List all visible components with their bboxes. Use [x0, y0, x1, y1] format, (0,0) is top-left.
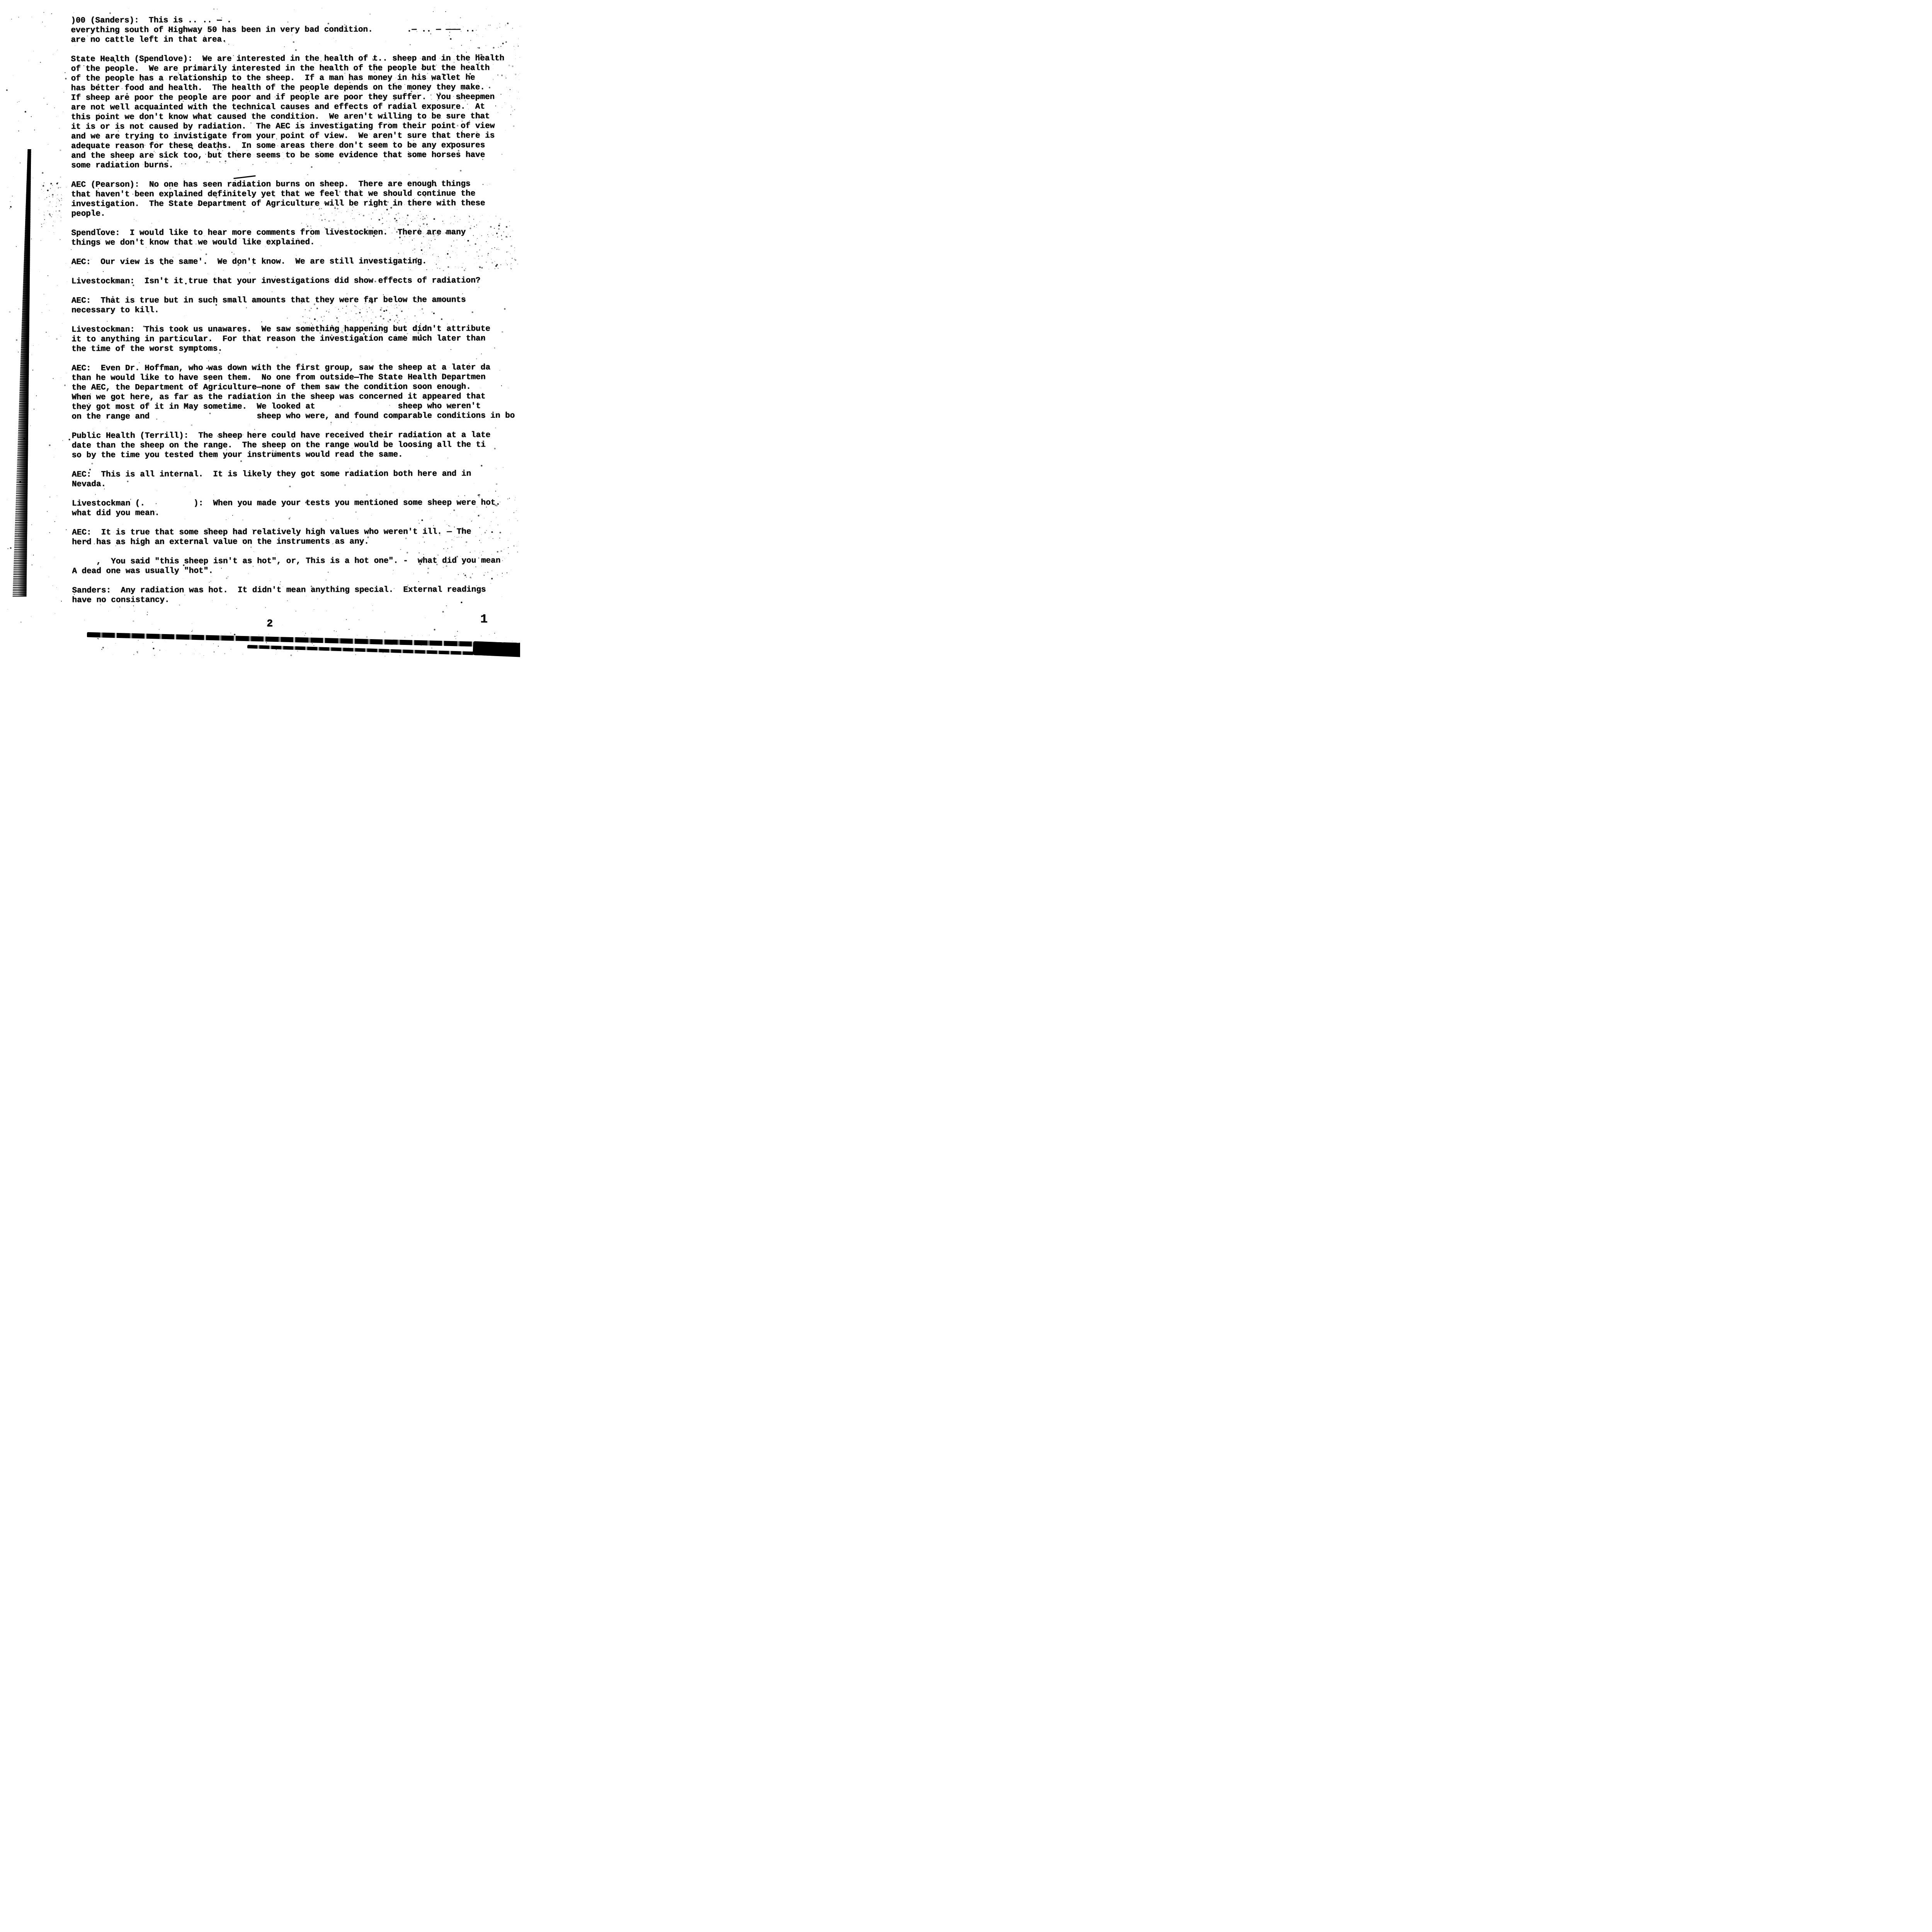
bottom-right-corner-blotch [473, 641, 520, 657]
paragraph-aec-pearson: AEC (Pearson): No one has seen radiation… [71, 179, 520, 219]
paragraph-aec-internal: AEC: This is all internal. It is likely … [72, 469, 520, 489]
paragraph-livestockman-question: Livestockman: Isn't it true that your in… [71, 276, 520, 286]
paragraph-spendlove-comments: Spendlove: I would like to hear more com… [71, 228, 520, 248]
paragraph-state-health-spendlove: State Health (Spendlove): We are interes… [71, 54, 520, 170]
paragraph-public-health-terrill: Public Health (Terrill): The sheep here … [72, 430, 520, 460]
bottom-scan-streak [87, 632, 520, 648]
paragraph-aec-our-view: AEC: Our view is the same'. We don't kno… [71, 257, 520, 267]
page-number: 2 [267, 618, 273, 630]
paragraph-aec-small-amounts: AEC: That is true but in such small amou… [71, 295, 520, 315]
paragraph-livestockman-hot-sheep: Livestockman (. ): When you made your te… [72, 498, 520, 518]
scan-noise-speckles [0, 0, 0, 0]
scan-page: )00 (Sanders): This is .. .. — . everyth… [0, 0, 520, 658]
paragraph-aec-hoffman: AEC: Even Dr. Hoffman, who was down with… [71, 363, 520, 422]
paragraph-sanders-any-radiation: Sanders: Any radiation was hot. It didn'… [72, 585, 520, 605]
paragraph-aec-high-values: AEC: It is true that some sheep had rela… [72, 527, 520, 547]
transcript-text-column: )00 (Sanders): This is .. .. — . everyth… [71, 15, 520, 615]
left-edge-scan-artifact [12, 149, 32, 597]
paragraph-hot-sheep-quote: , You said "this sheep isn't as hot", or… [72, 556, 520, 576]
paragraph-livestockman-unawares: Livestockman: This took us unawares. We … [71, 324, 520, 354]
paragraph-sanders-cattle: )00 (Sanders): This is .. .. — . everyth… [71, 15, 520, 45]
corner-number: 1 [480, 612, 488, 626]
